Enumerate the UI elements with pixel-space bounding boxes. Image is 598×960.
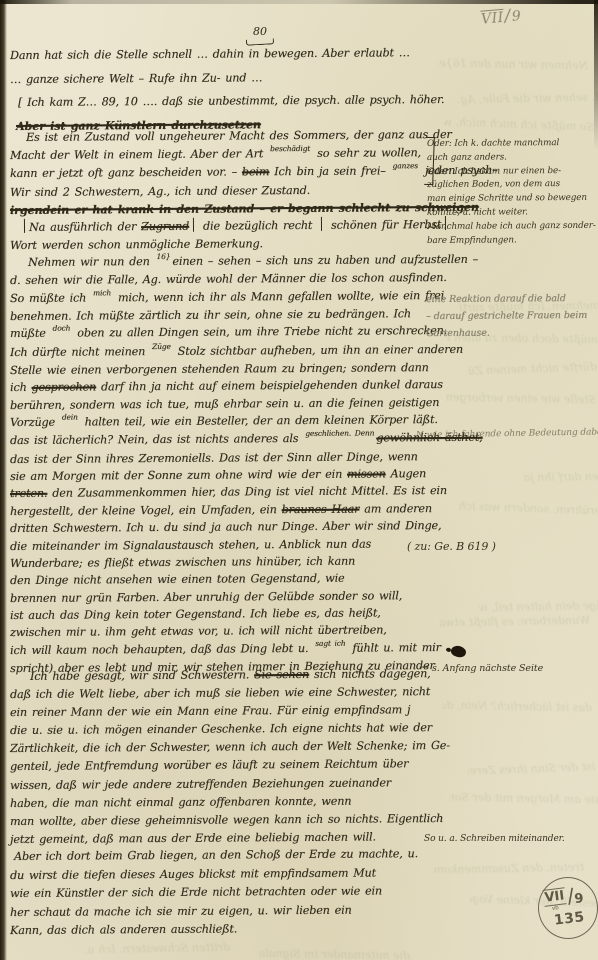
text-segment: den Zusammenkommen hier, das Ding ist vi… — [47, 484, 447, 500]
margin-note-line: eine Reaktion darauf die bald — [426, 290, 598, 308]
text-segment: wie ein Künstler der sich die Erde nicht… — [10, 885, 382, 901]
text-segment: Na ausführlich der — [29, 220, 141, 234]
text-segment: einen – sehen – sich uns zu haben und au… — [172, 253, 478, 268]
text-segment: beschädigt — [270, 143, 310, 152]
archive-stamp: VII / 9 vb 135 — [534, 874, 598, 943]
text-segment: braunes Haar — [282, 502, 360, 516]
text-segment: benehmen. Ich müßte zärtlich zu ihr sein… — [10, 307, 411, 323]
text-segment — [321, 217, 322, 231]
text-segment: 16} — [156, 252, 170, 261]
text-segment: müßte — [10, 327, 51, 340]
text-segment: halten teil, wie ein Besteller, der an d… — [80, 413, 438, 428]
margin-note-line: bare Empfindungen. — [427, 233, 598, 248]
text-segment: Sie sehen — [254, 668, 309, 681]
text-segment: doch — [52, 324, 70, 333]
text-segment: missen — [347, 468, 386, 481]
text-segment: So müßte ich — [10, 291, 91, 305]
text-segment: Wunderbare; es fließt etwas zwischen uns… — [10, 554, 355, 569]
margin-note-line: – darauf gestrichelte Frauen beim — [426, 307, 598, 325]
text-segment — [193, 218, 194, 232]
bleedthrough-line: das ist lächerlich? Nein, das ist nichts… — [442, 699, 592, 715]
text-segment: Augen — [386, 467, 427, 480]
scan-edge-top — [0, 0, 598, 4]
margin-ink-note: Oder: Ich k. dachte manchmalauch ganz an… — [427, 138, 598, 248]
text-segment: oben zu allen Dingen sein, um ihre Trieb… — [72, 324, 447, 340]
stamp-roman: VII — [543, 887, 567, 907]
manuscript-page: Nehmen wir nun den 16}einen – sehen – si… — [0, 0, 598, 960]
text-segment: dein — [62, 413, 78, 422]
margin-note-line: Oder: Ich k. dachte manchmal — [427, 137, 598, 152]
text-segment: ganzes — [393, 161, 419, 170]
text-segment: treten. — [10, 487, 47, 500]
text-segment: Wir sind 2 Schwestern, Ag., ich und dies… — [10, 184, 310, 199]
text-segment: das ist der Sinn ihres Zeremoniells. Das… — [10, 450, 418, 466]
text-segment: so sehr zu wollen, — [312, 146, 421, 160]
archive-corner-mark: VII/9 — [480, 5, 522, 28]
text-segment: das ist lächerlich? Nein, das ist nichts… — [10, 432, 303, 447]
margin-note-line: Manchmal habe ich auch ganz sonder- — [427, 220, 598, 235]
text-segment: hergestellt, der kleine Vogel, ein Umfad… — [10, 503, 282, 518]
manuscript-line: Dann hat sich die Stelle schnell … dahin… — [10, 41, 444, 68]
paragraph-b: Nehmen wir nun den 16}einen – sehen – si… — [10, 254, 483, 677]
bleedthrough-line: dritten Schwestern. Ich u. du sind ja au… — [80, 941, 230, 957]
text-segment: [ Ich kam Z… 89, 10 …. daß sie unbestimm… — [18, 93, 444, 109]
bleedthrough-line: Vorzüge dein halten teil, wie ein Bestel… — [478, 599, 598, 615]
page-number: 80 — [253, 25, 267, 38]
text-segment: daß ich die Welt liebe, aber ich muß sie… — [10, 685, 430, 701]
text-segment: ich — [10, 381, 32, 394]
text-segment — [24, 219, 25, 233]
text-segment: Stolz sichtbar aufheben, um ihn an einer… — [173, 343, 463, 358]
text-segment: Aber ich dort beim Grab liegen, an den S… — [14, 847, 418, 863]
text-segment: Macht der Welt in einem liegt. Aber der … — [10, 147, 268, 162]
top-text-block: Dann hat sich die Stelle schnell … dahin… — [10, 44, 444, 138]
text-segment: kann er jetzt oft ganz bescheiden vor. – — [10, 166, 242, 181]
text-segment: brennen nur grün Farben. Aber unruhig de… — [10, 589, 402, 605]
manuscript-line: Aber ich dort beim Grab liegen, an den S… — [10, 845, 418, 866]
margin-arrow-note: →s. Anfang nächste Seite — [419, 660, 543, 674]
corner-roman: VII — [480, 9, 504, 28]
arrow-note-text: s. Anfang nächste Seite — [432, 663, 543, 674]
text-segment: … ganze sichere Welt – Rufe ihn Zu- und … — [10, 71, 262, 86]
manuscript-line: genteil, jede Entfremdung worüber es läu… — [10, 755, 450, 776]
text-segment: ein reiner Mann der wie ein Mann eine Fr… — [10, 703, 410, 719]
text-segment: die u. sie u. ich mögen einander Geschen… — [10, 721, 432, 737]
paragraph-c: Ich habe gesagt, wir sind Schwestern. Si… — [10, 668, 450, 849]
manuscript-line: [ Ich kam Z… 89, 10 …. daß sie unbestimm… — [10, 88, 444, 115]
scan-edge-right — [594, 0, 598, 150]
text-segment: Dann hat sich die Stelle schnell … dahin… — [10, 46, 410, 62]
margin-note-line: Gartenhause. — [426, 324, 598, 342]
margin-pencil-note: eine Reaktion darauf die bald– darauf ge… — [426, 291, 598, 342]
text-segment: d. sehen wir die Falle, Ag. würde wohl d… — [10, 271, 447, 287]
text-segment: mich, wenn ich ihr als Mann gefallen wol… — [113, 289, 444, 304]
paragraph-d: Aber ich dort beim Grab liegen, an den S… — [10, 848, 418, 941]
bleedthrough-line: Nehmen wir nun den 16}einen – sehen – si… — [438, 57, 588, 73]
text-segment: fühlt u. mit mir — [347, 641, 440, 655]
text-segment: genteil, jede Entfremdung worüber es läu… — [10, 758, 408, 774]
text-segment: sie am Morgen mit der Sonne zum ohne wir… — [10, 468, 347, 483]
text-segment: zwischen mir u. ihm geht etwas vor, u. i… — [10, 624, 387, 640]
stamp-number: 135 — [540, 907, 598, 930]
text-segment: Wort werden schon unmögliche Bemerkung. — [10, 237, 263, 252]
margin-reference-note: ( zu: Ge. B 619 ) — [407, 540, 496, 553]
margin-note-line: züglichen Boden, von dem aus — [427, 178, 598, 193]
margin-note-line: man einige Schritte und so bewegen — [427, 192, 598, 207]
manuscript-line: Kann, das dich als anderen ausschließt. — [10, 920, 418, 941]
stamp-signature: VII / 9 — [543, 885, 585, 911]
text-segment: berühren, sondern was ich tue, muß ehrba… — [10, 396, 439, 412]
text-segment: schönen für — [326, 218, 403, 232]
bleedthrough-line: Ich dürfte nicht meinen Züge Stolz sicht… — [468, 359, 598, 377]
scan-edge-left — [0, 0, 7, 960]
margin-note-line: konnte, u. nicht weiter. — [427, 206, 598, 221]
text-segment: Ich dürfte nicht meinen — [10, 345, 150, 359]
bleedthrough-line: d. sehen wir die Falle, Ag. würde wohl d… — [452, 91, 598, 107]
text-segment: geschlichen. Denn — [305, 429, 374, 438]
bleedthrough-line: sie am Morgen mit der Sonne zum ohne wir… — [450, 791, 598, 807]
text-segment: darf ihn ja nicht auf einem beispielgehe… — [96, 378, 443, 393]
text-segment: irgendein er hat krank in den Zustand – … — [10, 200, 479, 217]
text-segment: Es ist ein Zustand voll ungeheurer Macht… — [26, 128, 452, 144]
text-segment: dritten Schwestern. Ich u. du sind ja au… — [10, 519, 441, 535]
corner-page: 9 — [511, 8, 522, 25]
text-segment: Nehmen wir nun den — [28, 255, 155, 269]
text-segment: Züge — [152, 342, 171, 351]
text-segment: den Dinge nicht ansehen wie einen toten … — [10, 572, 345, 587]
text-segment: gesprochen — [31, 381, 96, 394]
text-segment: Ich bin ja sein frei– — [269, 165, 390, 179]
text-segment: jetzt gemeint, daß man aus der Erde eine… — [10, 830, 376, 846]
bleedthrough-line: das ist der Sinn ihres Zeremoniells. Das… — [468, 759, 598, 777]
deleted-block: irgendein er hat krank in den Zustand – … — [10, 201, 479, 255]
margin-bottom-note: So u. a. Schreiben miteinander. — [424, 834, 565, 844]
text-segment: Zugrund — [141, 220, 189, 233]
bleedthrough-line: treten. den Zusammenkommen hier, das Din… — [434, 861, 584, 877]
bleedthrough-line: die miteinander im Signalaustausch stehe… — [260, 947, 410, 960]
margin-faint-note: N wie ich fahrende ohne Bedeutung dabei — [416, 427, 598, 440]
text-segment: Ich habe gesagt, wir sind Schwestern. — [30, 668, 254, 683]
margin-note-line: auch ganz anders. — [427, 151, 598, 166]
text-segment: die bezüglich recht — [198, 219, 317, 233]
text-segment: ich will kaum noch behaupten, daß das Di… — [10, 641, 313, 656]
text-segment: her schaut da mache ich sie mir zu eigen… — [10, 903, 352, 918]
text-segment: haben, die man nicht einmal ganz offenba… — [10, 794, 351, 809]
text-segment: sagt ich — [315, 638, 345, 647]
text-segment: Zärtlichkeit, die ich der Schwester, wen… — [10, 739, 450, 755]
stamp-subscript: vb — [552, 905, 559, 912]
text-segment: man wollte, aber diese geheimnisvolle we… — [10, 812, 443, 828]
manuscript-line: wie ein Künstler der sich die Erde nicht… — [10, 882, 418, 903]
stamp-page: 9 — [574, 891, 585, 907]
text-segment: beim — [242, 165, 269, 178]
text-segment: sich nichts dagegen, — [309, 667, 431, 681]
bleedthrough-line: ich gesprochen darf ihn ja nicht auf ein… — [520, 469, 598, 485]
text-segment: Stelle wie einen verborgenen stehenden R… — [10, 361, 429, 377]
text-segment: am anderen — [359, 502, 432, 516]
text-segment: du wirst die tiefen dieses Auges blickst… — [10, 866, 376, 882]
arrow-icon: → — [419, 660, 429, 674]
manuscript-line: … ganze sichere Welt – Rufe ihn Zu- und … — [10, 64, 444, 91]
text-segment: die miteinander im Signalaustausch stehe… — [10, 537, 371, 553]
text-segment: wissen, daß wir jede andere zutreffenden… — [10, 776, 391, 792]
text-segment: Kann, das dich als anderen ausschließt. — [10, 923, 237, 938]
text-segment: ist auch das Ding kein toter Gegenstand.… — [10, 606, 381, 622]
text-segment: Vorzüge — [10, 416, 60, 429]
text-segment: mich — [93, 288, 111, 297]
